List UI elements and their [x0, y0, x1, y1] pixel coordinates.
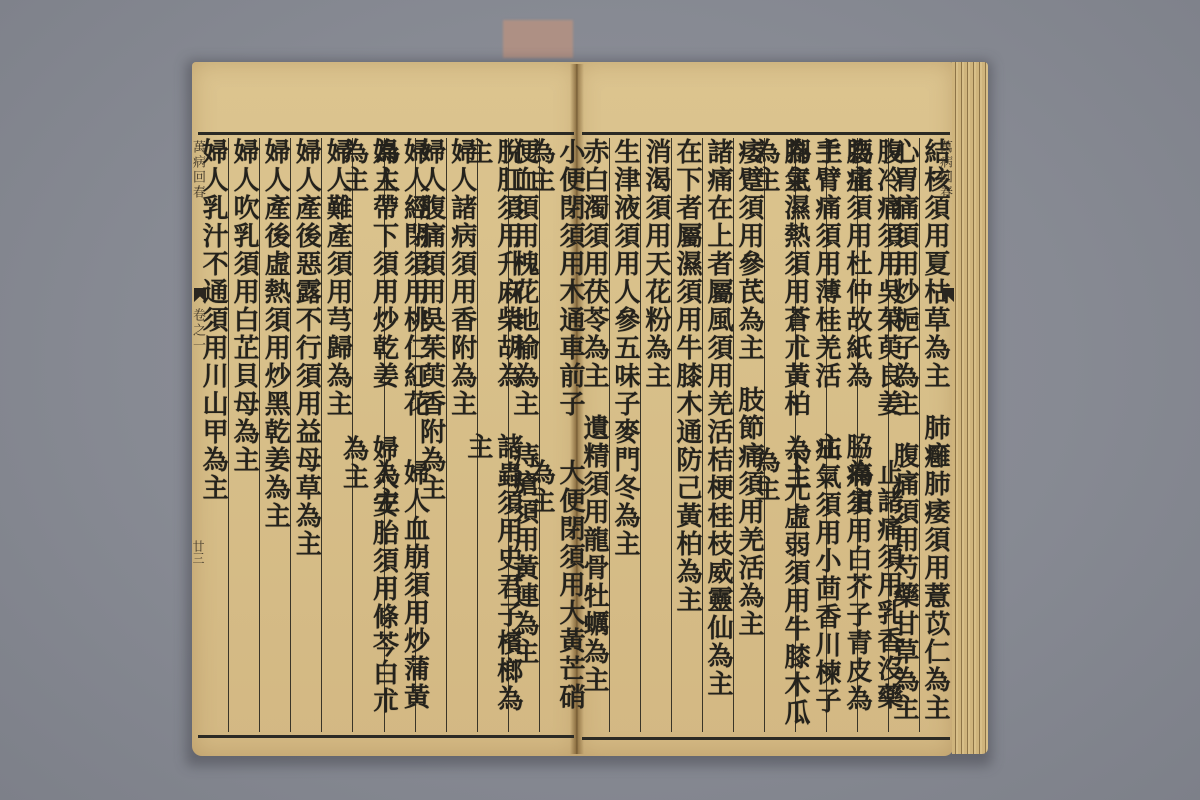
- catalog-label-tag: [503, 20, 573, 58]
- right-page-columns: 結核須用夏枯草為主 肺癰肺痿須用薏苡仁為主 心胃痛須用炒梔子為主 腹痛須用芍藥甘…: [584, 138, 950, 732]
- text-column: 婦人產後惡露不行須用益母草為主: [290, 138, 321, 732]
- text-column: 婦人帶下須用炒乾姜為主 婦人安胎須用條芩白朮為主: [352, 138, 383, 732]
- prescription-entry: 婦人難產須用芎歸為主: [322, 138, 352, 418]
- page-stack-edge: [952, 62, 988, 754]
- prescription-entry: 婦人產後虛熱須用炒黑乾姜為主: [260, 138, 290, 530]
- text-column: 赤白濁須用茯苓為主 遺精須用龍骨牡蠣為主: [579, 138, 609, 732]
- prescription-entry: 婦人吹乳須用白芷貝母為主: [229, 138, 259, 474]
- text-column: 痿躄須用參芪為主 肢節痛須用羌活為主: [733, 138, 764, 732]
- prescription-entry: 肺癰肺痿須用薏苡仁為主: [920, 414, 950, 722]
- text-column: 結核須用夏枯草為主 肺癰肺痿須用薏苡仁為主: [919, 138, 950, 732]
- text-column: 小便閉須用木通車前子為主 大便閉須用大黃芒硝為主: [539, 138, 570, 732]
- text-column: 婦人吹乳須用白芷貝母為主: [228, 138, 259, 732]
- prescription-entry: 痿躄須用參芪為主: [734, 138, 764, 362]
- prescription-entry: 諸痛在上者屬風須用羌活桔梗桂枝威靈仙為主: [703, 138, 733, 698]
- prescription-entry: 赤白濁須用茯苓為主: [579, 138, 609, 390]
- left-page-columns: 小便閉須用木通車前子為主 大便閉須用大黃芒硝為主 便血須用槐花地榆為主 痔瘡須用…: [198, 138, 570, 732]
- right-margin-book-title: 萬病回春: [940, 140, 954, 200]
- prescription-entry: 在下者屬濕須用牛膝木通防己黃柏為主: [672, 138, 702, 614]
- prescription-entry: 生津液須用人參五味子麥門冬為主: [610, 138, 640, 558]
- prescription-entry: 婦人乳汁不通須用川山甲為主: [198, 138, 228, 502]
- text-column: 諸痛在上者屬風須用羌活桔梗桂枝威靈仙為主: [702, 138, 733, 732]
- prescription-entry: 消渴須用天花粉為主: [641, 138, 671, 390]
- prescription-entry: 婦人諸病須用香附為主: [447, 138, 477, 418]
- text-column: 腳氣濕熱須用蒼朮黃柏為主 下元虛弱須用牛膝木瓜為主: [764, 138, 795, 732]
- text-column: 婦人難產須用芎歸為主: [321, 138, 352, 732]
- text-column: 生津液須用人參五味子麥門冬為主: [609, 138, 640, 732]
- text-column: 婦人產後虛熱須用炒黑乾姜為主: [259, 138, 290, 732]
- prescription-entry: 遺精須用龍骨牡蠣為主: [579, 414, 609, 694]
- text-column: 消渴須用天花粉為主: [640, 138, 671, 732]
- text-column: 婦人諸病須用香附為主: [446, 138, 477, 732]
- prescription-entry: 婦人產後惡露不行須用益母草為主: [291, 138, 321, 558]
- prescription-entry: 肢節痛須用羌活為主: [734, 386, 764, 638]
- text-column: 在下者屬濕須用牛膝木通防己黃柏為主: [671, 138, 702, 732]
- text-column: 婦人乳汁不通須用川山甲為主: [198, 138, 228, 732]
- text-column: 脫肛須用升麻柴胡為主 諸蟲須用史君子檳榔為主: [477, 138, 508, 732]
